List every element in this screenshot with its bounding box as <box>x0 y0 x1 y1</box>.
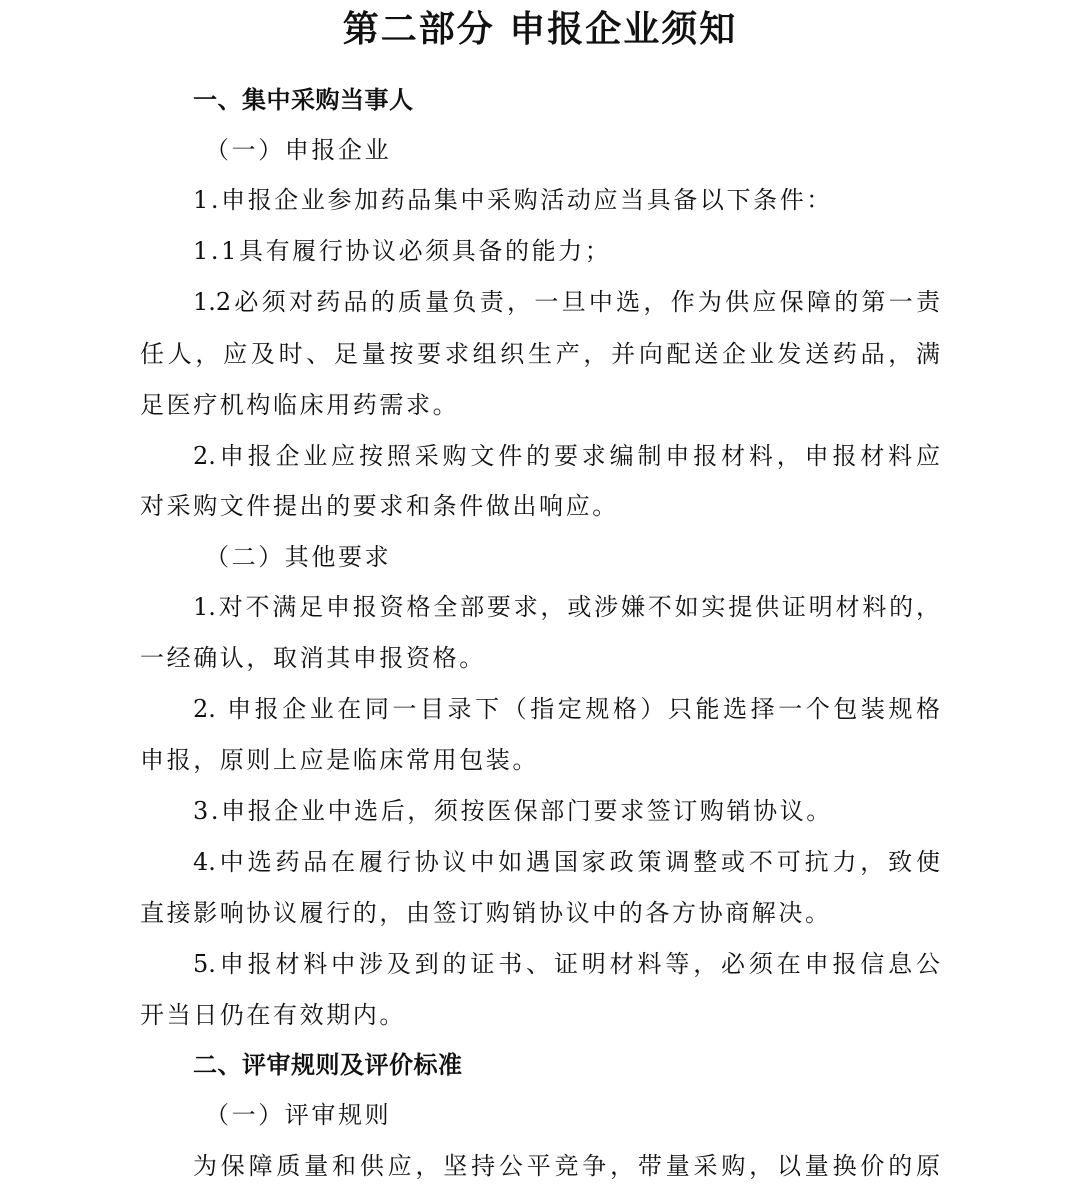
paragraph-line: 2. 申报企业在同一目录下（指定规格）只能选择一个包装规格 <box>193 693 940 725</box>
paragraph-line: 直接影响协议履行的，由签订购销协议中的各方协商解决。 <box>140 897 940 929</box>
paragraph-line: 3.申报企业中选后，须按医保部门要求签订购销协议。 <box>193 795 993 827</box>
paragraph-line: 2.申报企业应按照采购文件的要求编制申报材料，申报材料应 <box>193 440 940 472</box>
document-title: 第二部分 申报企业须知 <box>0 6 1080 54</box>
paragraph-line: 足医疗机构临床用药需求。 <box>140 389 940 421</box>
section-heading-1: 一、集中采购当事人 <box>193 84 993 116</box>
section-heading-2: 二、评审规则及评价标准 <box>193 1049 993 1081</box>
paragraph-line: 1.对不满足申报资格全部要求，或涉嫌不如实提供证明材料的， <box>193 591 940 623</box>
paragraph-line: 1.申报企业参加药品集中采购活动应当具备以下条件： <box>193 184 993 216</box>
document-page: 第二部分 申报企业须知 一、集中采购当事人 （一）申报企业 1.申报企业参加药品… <box>0 0 1080 1188</box>
paragraph-line: 为保障质量和供应，坚持公平竞争，带量采购，以量换价的原 <box>193 1150 940 1182</box>
paragraph-line: 一经确认，取消其申报资格。 <box>140 642 940 674</box>
paragraph-line: 1.1具有履行协议必须具备的能力； <box>193 235 993 267</box>
paragraph-line: 对采购文件提出的要求和条件做出响应。 <box>140 490 940 522</box>
paragraph-line: 申报，原则上应是临床常用包装。 <box>140 744 940 776</box>
subsection-heading-review-rules: （一）评审规则 <box>205 1099 1005 1131</box>
paragraph-line: 5.申报材料中涉及到的证书、证明材料等，必须在申报信息公 <box>193 948 940 980</box>
subsection-heading-other: （二）其他要求 <box>205 541 1005 573</box>
paragraph-line: 任人，应及时、足量按要求组织生产，并向配送企业发送药品，满 <box>140 338 940 370</box>
paragraph-line: 开当日仍在有效期内。 <box>140 999 940 1031</box>
paragraph-line: 1.2必须对药品的质量负责，一旦中选，作为供应保障的第一责 <box>193 286 940 318</box>
paragraph-line: 4.中选药品在履行协议中如遇国家政策调整或不可抗力，致使 <box>193 846 940 878</box>
subsection-heading-applicant: （一）申报企业 <box>205 134 1005 166</box>
